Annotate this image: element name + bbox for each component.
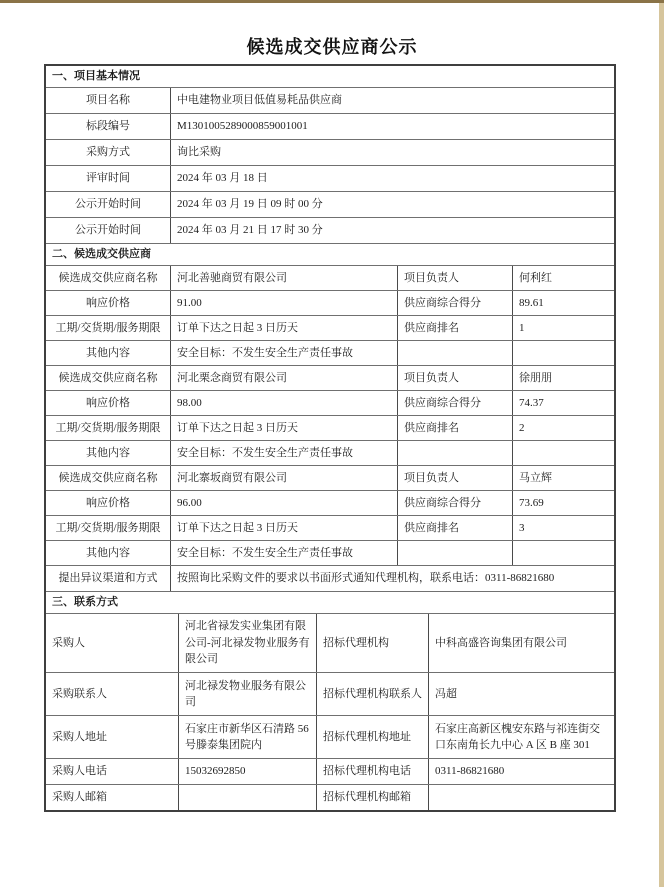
publicity-end-value: 2024 年 03 月 21 日 17 时 30 分: [170, 218, 614, 243]
supplier3-rank: 3: [512, 516, 614, 540]
row-section-number: 标段编号 M1301005289000859001001: [46, 113, 614, 139]
row-review-time: 评审时间 2024 年 03 月 18 日: [46, 165, 614, 191]
supplier1-manager: 何利红: [512, 266, 614, 290]
row-purchaser: 采购人 河北省禄发实业集团有限公司-河北禄发物业服务有限公司 招标代理机构 中科…: [46, 613, 614, 672]
supplier2-name: 河北栗念商贸有限公司: [170, 366, 397, 390]
purchaser-phone-label: 采购人电话: [46, 759, 178, 784]
purchaser-address-value: 石家庄市新华区石清路 56 号滕泰集团院内: [178, 716, 316, 758]
supplier2-rank: 2: [512, 416, 614, 440]
agency-address-label: 招标代理机构地址: [316, 716, 428, 758]
purchaser-contact-label: 采购联系人: [46, 673, 178, 715]
row-purchaser-address: 采购人地址 石家庄市新华区石清路 56 号滕泰集团院内 招标代理机构地址 石家庄…: [46, 715, 614, 758]
agency-label: 招标代理机构: [316, 614, 428, 672]
publicity-start-label: 公示开始时间: [46, 192, 170, 217]
supplier1-period: 订单下达之日起 3 日历天: [170, 316, 397, 340]
supplier1-period-row: 工期/交货期/服务期限 订单下达之日起 3 日历天 供应商排名 1: [46, 315, 614, 340]
agency-contact-label: 招标代理机构联系人: [316, 673, 428, 715]
supplier2-period: 订单下达之日起 3 日历天: [170, 416, 397, 440]
empty-cell: [512, 441, 614, 465]
supplier3-period: 订单下达之日起 3 日历天: [170, 516, 397, 540]
agency-contact-value: 冯超: [428, 673, 614, 715]
empty-cell: [512, 541, 614, 565]
supplier3-period-row: 工期/交货期/服务期限 订单下达之日起 3 日历天 供应商排名 3: [46, 515, 614, 540]
page-top-edge: [0, 0, 664, 3]
purchaser-email-label: 采购人邮箱: [46, 785, 178, 810]
supplier1-score: 89.61: [512, 291, 614, 315]
supplier3-name: 河北寨坂商贸有限公司: [170, 466, 397, 490]
agency-address-value: 石家庄高新区槐安东路与祁连街交口东南角长九中心 A 区 B 座 301: [428, 716, 614, 758]
section3-header: 三、联系方式: [46, 592, 614, 613]
row-procurement-method: 采购方式 询比采购: [46, 139, 614, 165]
section1-header: 一、项目基本情况: [46, 66, 614, 87]
supplier1-other: 安全目标：不发生安全生产责任事故: [170, 341, 397, 365]
supplier3-price-row: 响应价格 96.00 供应商综合得分 73.69: [46, 490, 614, 515]
section3-header-row: 三、联系方式: [46, 591, 614, 613]
supplier1-price-row: 响应价格 91.00 供应商综合得分 89.61: [46, 290, 614, 315]
project-manager-label: 项目负责人: [397, 466, 512, 490]
document-page: 候选成交供应商公示 一、项目基本情况 项目名称 中电建物业项目低值易耗品供应商 …: [0, 0, 664, 887]
supplier-name-label: 候选成交供应商名称: [46, 466, 170, 490]
row-project-name: 项目名称 中电建物业项目低值易耗品供应商: [46, 87, 614, 113]
rank-label: 供应商排名: [397, 316, 512, 340]
supplier3-other: 安全目标：不发生安全生产责任事故: [170, 541, 397, 565]
section-number-value: M1301005289000859001001: [170, 114, 614, 139]
row-publicity-end-time: 公示开始时间 2024 年 03 月 21 日 17 时 30 分: [46, 217, 614, 243]
section1-header-row: 一、项目基本情况: [46, 66, 614, 87]
project-manager-label: 项目负责人: [397, 266, 512, 290]
publicity-start-value: 2024 年 03 月 19 日 09 时 00 分: [170, 192, 614, 217]
row-purchaser-contact: 采购联系人 河北禄发物业服务有限公司 招标代理机构联系人 冯超: [46, 672, 614, 715]
response-price-label: 响应价格: [46, 491, 170, 515]
supplier3-other-row: 其他内容 安全目标：不发生安全生产责任事故: [46, 540, 614, 565]
supplier1-rank: 1: [512, 316, 614, 340]
review-time-value: 2024 年 03 月 18 日: [170, 166, 614, 191]
supplier3-manager: 马立辉: [512, 466, 614, 490]
project-name-label: 项目名称: [46, 88, 170, 113]
agency-email-label: 招标代理机构邮箱: [316, 785, 428, 810]
response-price-label: 响应价格: [46, 291, 170, 315]
supplier2-score: 74.37: [512, 391, 614, 415]
purchaser-address-label: 采购人地址: [46, 716, 178, 758]
supplier1-name-row: 候选成交供应商名称 河北善驰商贸有限公司 项目负责人 何利红: [46, 265, 614, 290]
response-price-label: 响应价格: [46, 391, 170, 415]
composite-score-label: 供应商综合得分: [397, 391, 512, 415]
supplier2-manager: 徐朋朋: [512, 366, 614, 390]
composite-score-label: 供应商综合得分: [397, 291, 512, 315]
page-title: 候选成交供应商公示: [0, 33, 664, 59]
supplier1-other-row: 其他内容 安全目标：不发生安全生产责任事故: [46, 340, 614, 365]
row-publicity-start-time: 公示开始时间 2024 年 03 月 19 日 09 时 00 分: [46, 191, 614, 217]
supplier3-name-row: 候选成交供应商名称 河北寨坂商贸有限公司 项目负责人 马立辉: [46, 465, 614, 490]
objection-value: 按照询比采购文件的要求以书面形式通知代理机构，联系电话：0311-8682168…: [170, 566, 614, 591]
project-name-value: 中电建物业项目低值易耗品供应商: [170, 88, 614, 113]
agency-phone-label: 招标代理机构电话: [316, 759, 428, 784]
purchaser-label: 采购人: [46, 614, 178, 672]
supplier2-other: 安全目标：不发生安全生产责任事故: [170, 441, 397, 465]
agency-value: 中科高盛咨询集团有限公司: [428, 614, 614, 672]
composite-score-label: 供应商综合得分: [397, 491, 512, 515]
purchaser-contact-value: 河北禄发物业服务有限公司: [178, 673, 316, 715]
row-purchaser-phone: 采购人电话 15032692850 招标代理机构电话 0311-86821680: [46, 758, 614, 784]
empty-cell: [397, 441, 512, 465]
row-purchaser-email: 采购人邮箱 招标代理机构邮箱: [46, 784, 614, 810]
supplier3-score: 73.69: [512, 491, 614, 515]
other-content-label: 其他内容: [46, 341, 170, 365]
empty-cell: [397, 541, 512, 565]
supplier1-name: 河北善驰商贸有限公司: [170, 266, 397, 290]
empty-cell: [512, 341, 614, 365]
period-label: 工期/交货期/服务期限: [46, 316, 170, 340]
review-time-label: 评审时间: [46, 166, 170, 191]
other-content-label: 其他内容: [46, 441, 170, 465]
rank-label: 供应商排名: [397, 416, 512, 440]
announcement-table: 一、项目基本情况 项目名称 中电建物业项目低值易耗品供应商 标段编号 M1301…: [44, 64, 616, 812]
procurement-method-value: 询比采购: [170, 140, 614, 165]
other-content-label: 其他内容: [46, 541, 170, 565]
period-label: 工期/交货期/服务期限: [46, 416, 170, 440]
supplier2-price-row: 响应价格 98.00 供应商综合得分 74.37: [46, 390, 614, 415]
purchaser-phone-value: 15032692850: [178, 759, 316, 784]
supplier1-price: 91.00: [170, 291, 397, 315]
purchaser-value: 河北省禄发实业集团有限公司-河北禄发物业服务有限公司: [178, 614, 316, 672]
page-right-edge: [659, 0, 664, 887]
supplier-name-label: 候选成交供应商名称: [46, 266, 170, 290]
agency-phone-value: 0311-86821680: [428, 759, 614, 784]
empty-cell: [397, 341, 512, 365]
supplier2-period-row: 工期/交货期/服务期限 订单下达之日起 3 日历天 供应商排名 2: [46, 415, 614, 440]
purchaser-email-value: [178, 785, 316, 810]
supplier2-name-row: 候选成交供应商名称 河北栗念商贸有限公司 项目负责人 徐朋朋: [46, 365, 614, 390]
project-manager-label: 项目负责人: [397, 366, 512, 390]
agency-email-value: [428, 785, 614, 810]
period-label: 工期/交货期/服务期限: [46, 516, 170, 540]
procurement-method-label: 采购方式: [46, 140, 170, 165]
supplier2-other-row: 其他内容 安全目标：不发生安全生产责任事故: [46, 440, 614, 465]
objection-label: 提出异议渠道和方式: [46, 566, 170, 591]
section-number-label: 标段编号: [46, 114, 170, 139]
rank-label: 供应商排名: [397, 516, 512, 540]
objection-row: 提出异议渠道和方式 按照询比采购文件的要求以书面形式通知代理机构，联系电话：03…: [46, 565, 614, 591]
supplier2-price: 98.00: [170, 391, 397, 415]
section2-header-row: 二、候选成交供应商: [46, 243, 614, 265]
section2-header: 二、候选成交供应商: [46, 244, 614, 265]
supplier3-price: 96.00: [170, 491, 397, 515]
publicity-end-label: 公示开始时间: [46, 218, 170, 243]
supplier-name-label: 候选成交供应商名称: [46, 366, 170, 390]
